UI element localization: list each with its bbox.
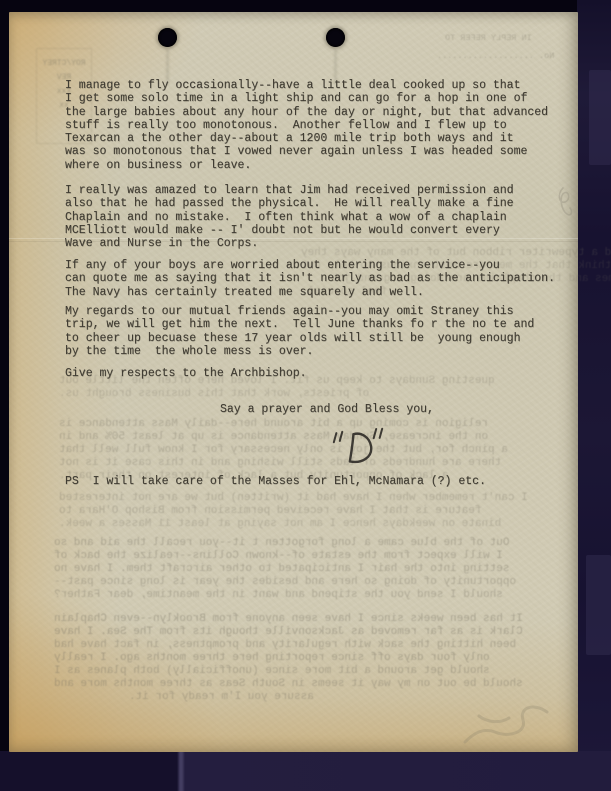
scan-background-bottom-band [0,751,611,791]
scanned-document-view: IN REPLY REFER TONo. ...................… [0,0,611,791]
signoff-line: Say a prayer and God Bless you, [220,403,434,416]
letter-page: IN REPLY REFER TONo. ...................… [9,12,578,752]
letter-paragraph: If any of your boys are worried about en… [65,259,555,299]
signature-d [326,418,391,471]
letter-paragraph: I manage to fly occasionally--have a lit… [65,79,548,172]
scan-background-light-patch-top [589,70,611,165]
scan-background-light-patch-bottom [586,555,611,655]
respects-line: Give my respects to the Archbishop. [65,367,307,380]
letter-paragraph: My regards to our mutual friends again--… [65,305,534,358]
letter-paragraph: I really was amazed to learn that Jim ha… [65,184,514,250]
postscript-line: PS I will take care of the Masses for Eh… [65,475,486,488]
letter-body: I manage to fly occasionally--have a lit… [9,12,578,752]
